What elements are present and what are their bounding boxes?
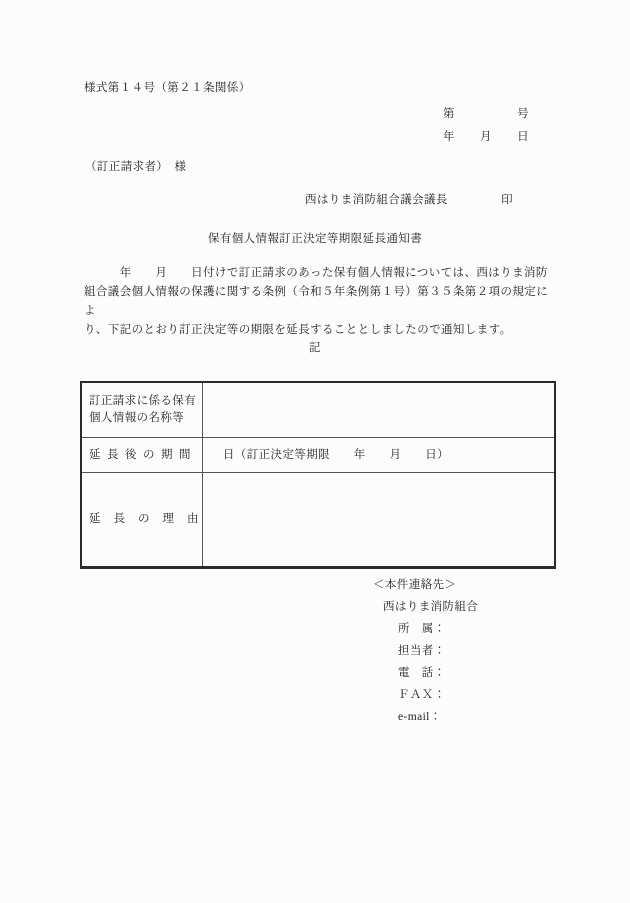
issuer-name: 西はりま消防組合議会議長 bbox=[305, 193, 448, 208]
reason-label: 延長の理由 bbox=[89, 511, 202, 528]
body-line-2: 組合議会個人情報の保護に関する条例（令和５年条例第１号）第３５条第２項の規定によ bbox=[84, 283, 550, 321]
date-month-label: 月 bbox=[480, 130, 492, 145]
date-day-label: 日 bbox=[517, 130, 529, 145]
period-label-cell: 延長後の期間 bbox=[82, 438, 203, 472]
seal-mark: 印 bbox=[501, 193, 513, 208]
document-title: 保有個人情報訂正決定等期限延長通知書 bbox=[0, 232, 630, 247]
document-page: 様式第１４号（第２１条関係） 第 号 年 月 日 （訂正請求者） 様 西はりま消… bbox=[0, 0, 630, 903]
contact-heading: ＜本件連絡先＞ bbox=[373, 574, 478, 596]
period-label: 延長後の期間 bbox=[89, 447, 202, 464]
contact-field-phone: 電 話： bbox=[373, 662, 478, 684]
contact-field-department: 所 属： bbox=[373, 618, 478, 640]
subject-label-line1: 訂正請求に係る保有 bbox=[89, 393, 202, 410]
table-row-period: 延長後の期間 日（訂正決定等期限 年 月 日） bbox=[82, 437, 554, 472]
contact-organization: 西はりま消防組合 bbox=[373, 596, 478, 618]
contact-field-fax: ＦＡＸ： bbox=[373, 684, 478, 706]
body-paragraph: 年 月 日付けで訂正請求のあった保有個人情報については、西はりま消防 組合議会個… bbox=[84, 264, 550, 340]
body-line-1: 年 月 日付けで訂正請求のあった保有個人情報については、西はりま消防 bbox=[84, 264, 550, 283]
document-number-line: 第 号 bbox=[443, 107, 529, 122]
subject-value-cell bbox=[203, 383, 554, 437]
record-marker: 記 bbox=[0, 341, 630, 356]
table-row-reason: 延長の理由 bbox=[82, 472, 554, 566]
reason-value-cell bbox=[203, 473, 554, 566]
contact-block: ＜本件連絡先＞ 西はりま消防組合 所 属： 担当者： 電 話： ＦＡＸ： e-m… bbox=[373, 574, 478, 728]
document-number-prefix: 第 bbox=[443, 107, 455, 122]
form-number: 様式第１４号（第２１条関係） bbox=[84, 81, 251, 96]
contact-field-person: 担当者： bbox=[373, 640, 478, 662]
table-row-subject: 訂正請求に係る保有 個人情報の名称等 bbox=[82, 383, 554, 437]
notification-table: 訂正請求に係る保有 個人情報の名称等 延長後の期間 日（訂正決定等期限 年 月 … bbox=[80, 381, 556, 569]
contact-field-email: e-mail： bbox=[373, 706, 478, 728]
body-line-3: り、下記のとおり訂正決定等の期限を延長することとしましたので通知します。 bbox=[84, 321, 550, 340]
subject-label-cell: 訂正請求に係る保有 個人情報の名称等 bbox=[82, 383, 203, 437]
date-line: 年 月 日 bbox=[443, 130, 529, 145]
subject-label-line2: 個人情報の名称等 bbox=[89, 410, 202, 427]
issuer-line: 西はりま消防組合議会議長 印 bbox=[305, 193, 513, 208]
period-value-cell: 日（訂正決定等期限 年 月 日） bbox=[203, 438, 554, 472]
reason-label-cell: 延長の理由 bbox=[82, 473, 203, 566]
addressee-line: （訂正請求者） 様 bbox=[85, 160, 186, 175]
date-year-label: 年 bbox=[443, 130, 455, 145]
document-number-suffix: 号 bbox=[517, 107, 529, 122]
